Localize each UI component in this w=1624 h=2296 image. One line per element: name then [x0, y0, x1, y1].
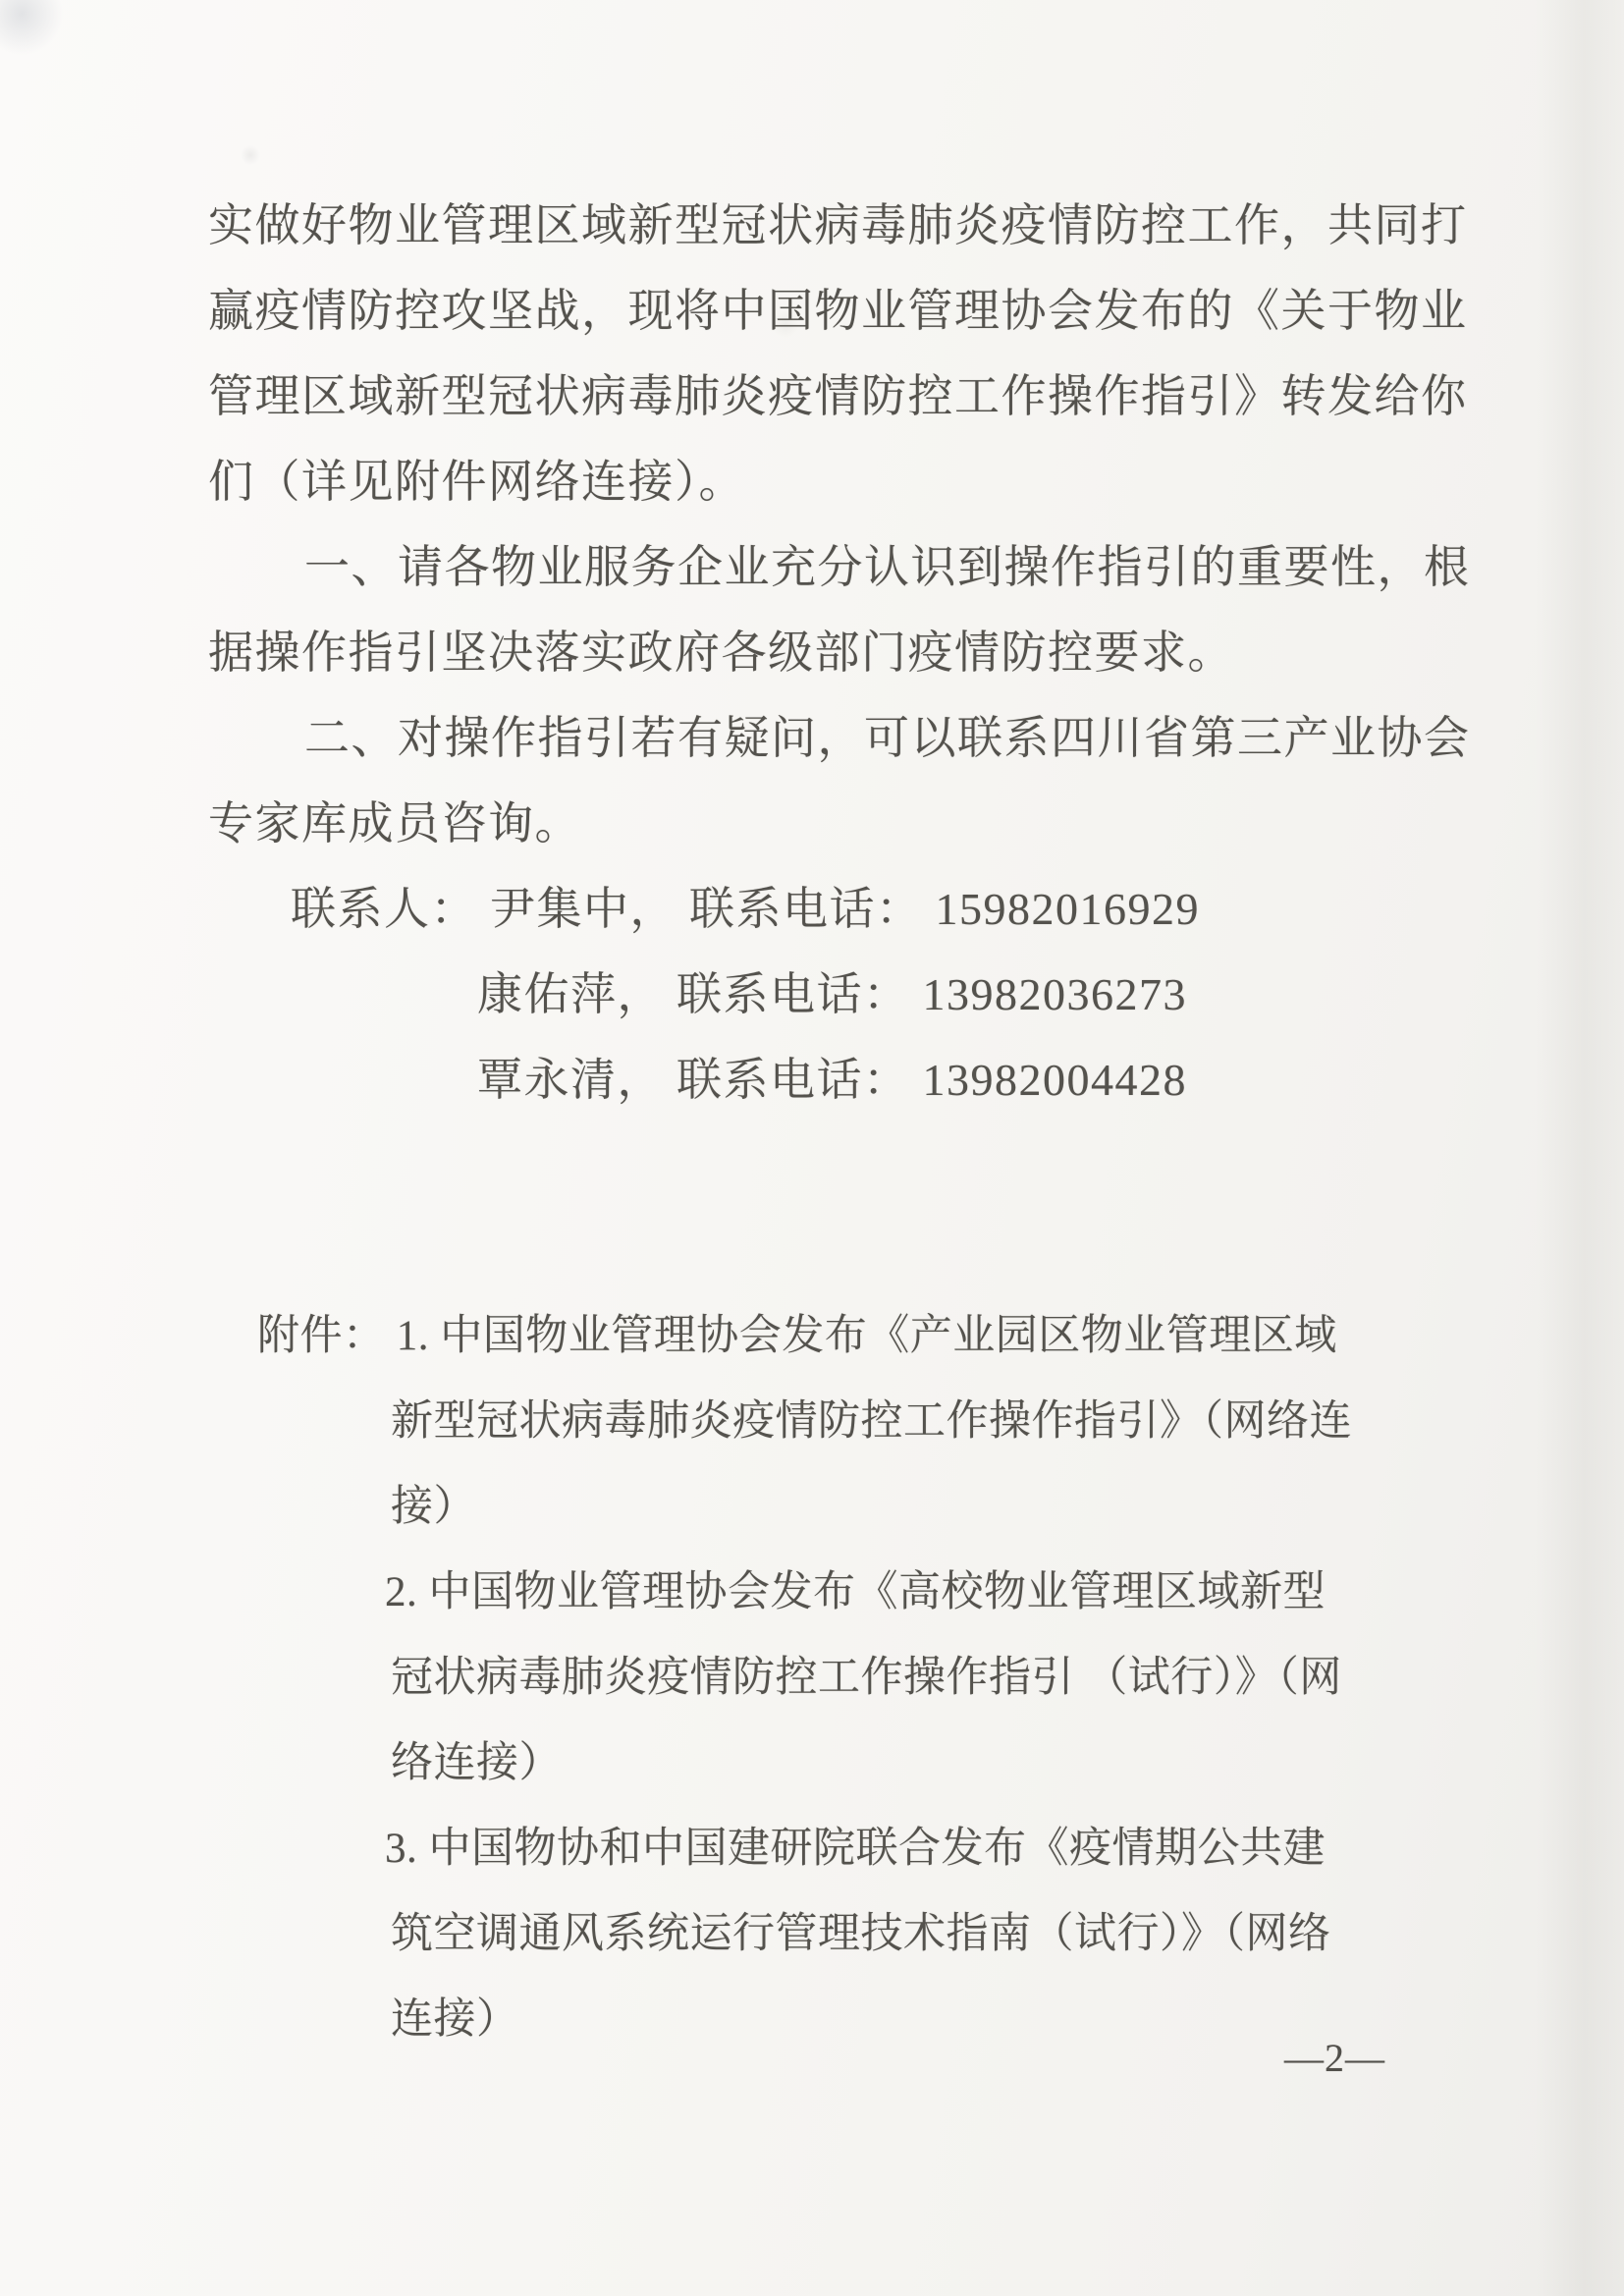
document-text-line: 们（详见附件网络连接）。 [208, 439, 1624, 524]
blank-line [0, 1208, 1624, 1293]
document-text-line: 附件： 1. 中国物业管理协会发布《产业园区物业管理区域 [257, 1293, 1624, 1379]
document-text-line: 联系人： 尹集中， 联系电话： 15982016929 [291, 866, 1624, 952]
document-text-line: 络连接） [391, 1721, 1624, 1806]
document-text-line: 3. 中国物协和中国建研院联合发布《疫情期公共建 [385, 1806, 1624, 1891]
document-text-line: 管理区域新型冠状病毒肺炎疫情防控工作操作指引》转发给你 [208, 354, 1624, 439]
document-body: 实做好物业管理区域新型冠状病毒肺炎疫情防控工作，共同打赢疫情防控攻坚战，现将中国… [0, 183, 1624, 2062]
scanned-document-page: 实做好物业管理区域新型冠状病毒肺炎疫情防控工作，共同打赢疫情防控攻坚战，现将中国… [0, 0, 1624, 2296]
document-text-line: 专家库成员咨询。 [208, 781, 1624, 866]
document-text-line: 2. 中国物业管理协会发布《高校物业管理区域新型 [385, 1550, 1624, 1635]
document-text-line: 冠状病毒肺炎疫情防控工作操作指引 （试行）》（网 [391, 1635, 1624, 1721]
document-text-line: 新型冠状病毒肺炎疫情防控工作操作指引》（网络连 [391, 1379, 1624, 1464]
document-text-line: 据操作指引坚决落实政府各级部门疫情防控要求。 [208, 610, 1624, 695]
document-text-line: 连接） [391, 1977, 1624, 2062]
document-text-line: 一、请各物业服务企业充分认识到操作指引的重要性，根 [304, 524, 1624, 610]
document-text-line: 康佑萍， 联系电话： 13982036273 [477, 952, 1624, 1037]
page-number: —2— [1284, 2035, 1385, 2081]
document-text-line: 二、对操作指引若有疑问，可以联系四川省第三产业协会 [304, 695, 1624, 781]
document-text-line: 筑空调通风系统运行管理技术指南（试行）》（网络 [391, 1891, 1624, 1977]
document-text-line: 实做好物业管理区域新型冠状病毒肺炎疫情防控工作，共同打 [208, 183, 1624, 268]
document-text-line: 赢疫情防控攻坚战，现将中国物业管理协会发布的《关于物业 [208, 268, 1624, 354]
document-text-line: 接） [391, 1464, 1624, 1550]
blank-line [0, 1122, 1624, 1208]
document-text-line: 覃永清， 联系电话： 13982004428 [477, 1037, 1624, 1122]
